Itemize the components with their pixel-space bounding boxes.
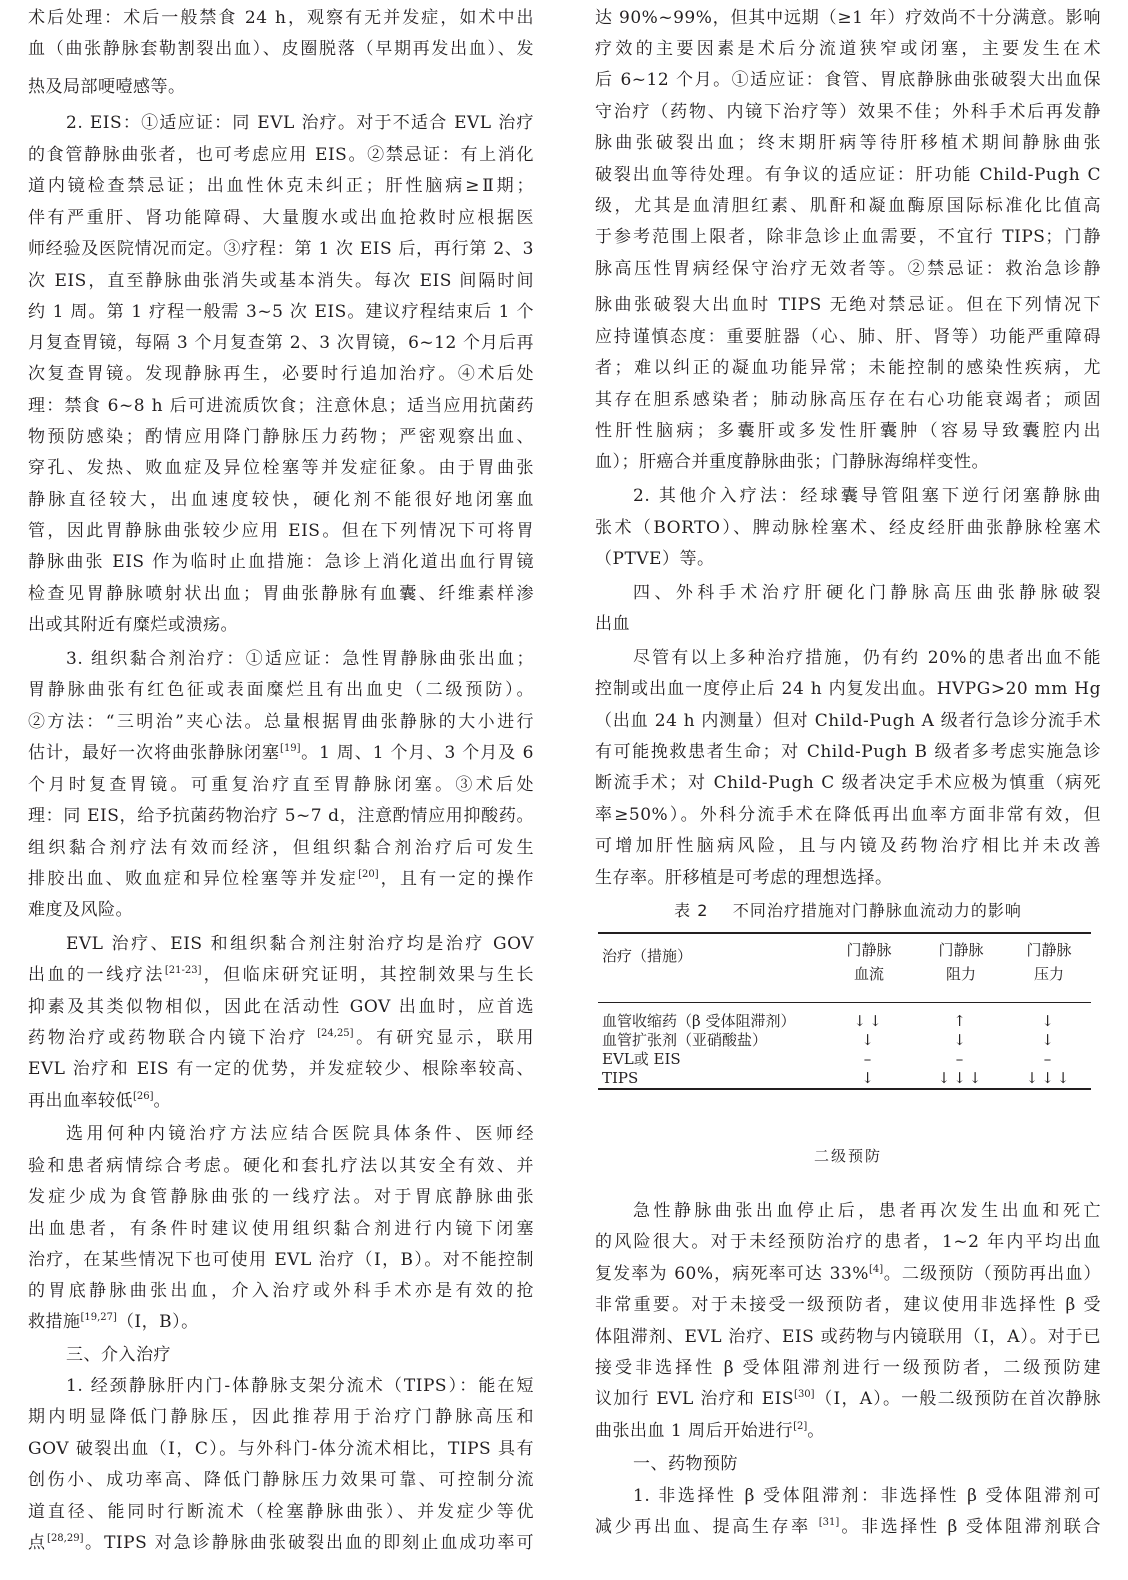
text-line: 3. 组织黏合剂治疗：①适应证：急性胃静脉曲张出血；: [28, 644, 534, 675]
text-line: 术后处理：术后一般禁食 24 h，观察有无并发症，如术中出: [28, 3, 534, 34]
text-line: 可增加肝性脑病风险，且与内镜及药物治疗相比并未改善: [595, 831, 1101, 862]
text-line: 再出血率较低[26]。: [28, 1086, 534, 1117]
text-line: 减少再出血、提高生存率 [31]。非选择性 β 受体阻滞剂联合: [595, 1512, 1101, 1543]
text-line: 急性静脉曲张出血停止后，患者再次发生出血和死亡: [595, 1196, 1101, 1227]
citation-ref[interactable]: [4]: [869, 1264, 883, 1275]
text-line: 道内镜检查禁忌证；出血性休克未纠正；肝性脑病≥Ⅱ期；: [28, 171, 534, 202]
text-line: GOV 破裂出血（Ⅰ，C）。与外科门-体分流术相比，TIPS 具有: [28, 1434, 534, 1465]
text-line: 估计，最好一次将曲张静脉闭塞[19]。1 周、1 个月、3 个月及 6: [28, 738, 534, 769]
text-line: 期内明显降低门静脉压，因此推荐用于治疗门静脉高压和: [28, 1402, 534, 1433]
text-line: 创伤小、成功率高、降低门静脉压力效果可靠、可控制分流: [28, 1465, 534, 1496]
text-line: 一、药物预防: [595, 1449, 1101, 1480]
text-line: 1. 经颈静脉肝内门-体静脉支架分流术（TIPS）：能在短: [28, 1371, 534, 1402]
text-line: 复发率为 60%，病死率可达 33%[4]。二级预防（预防再出血）: [595, 1259, 1101, 1290]
text-line: 静脉曲张 EIS 作为临时止血措施：急诊上消化道出血行胃镜: [28, 547, 534, 578]
text-line: 胃静脉曲张有红色征或表面糜烂且有出血史（二级预防）。: [28, 675, 534, 706]
table-header-flow: 门静脉 血流: [824, 938, 914, 986]
citation-ref[interactable]: [30]: [794, 1389, 815, 1400]
text-line: EVL 治疗、EIS 和组织黏合剂注射治疗均是治疗 GOV: [28, 929, 534, 960]
text-line: 理：禁食 6~8 h 后可进流质饮食；注意休息；适当应用抗菌药: [28, 391, 534, 422]
text-line: 热及局部哽噎感等。: [28, 72, 534, 103]
text-line: （出血 24 h 内测量）但对 Child-Pugh A 级者行急诊分流手术: [595, 706, 1101, 737]
text-line: 脉高压性胃病经保守治疗无效者等。②禁忌证：救治急诊静: [595, 254, 1101, 285]
text-line: EVL 治疗和 EIS 有一定的优势，并发症较少、根除率较高、: [28, 1054, 534, 1085]
table-bottom-rule: [598, 1088, 1091, 1090]
text-line: 1. 非选择性 β 受体阻滞剂：非选择性 β 受体阻滞剂可: [595, 1481, 1101, 1512]
text-line: 生存率。肝移植是可考虑的理想选择。: [595, 863, 1101, 894]
text-line: 难度及风险。: [28, 895, 534, 926]
header-line: 压力: [1004, 962, 1094, 986]
table-header-resistance: 门静脉 阻力: [916, 938, 1006, 986]
text-line: 后 6~12 个月。①适应证：食管、胃底静脉曲张破裂大出血保: [595, 65, 1101, 96]
text-line: 其存在胆系感染者；肺动脉高压存在右心功能衰竭者；顽固: [595, 385, 1101, 416]
text-line: 排胶出血、败血症和异位栓塞等并发症[20]，且有一定的操作: [28, 864, 534, 895]
text-line: 救措施[19,27]（Ⅰ，B）。: [28, 1307, 534, 1338]
text-line: 议加行 EVL 治疗和 EIS[30]（Ⅰ，A）。一般二级预防在首次静脉: [595, 1384, 1101, 1415]
citation-ref[interactable]: [20]: [358, 869, 379, 880]
text-line: 选用何种内镜治疗方法应结合医院具体条件、医师经: [28, 1119, 534, 1150]
text-line: 四、外科手术治疗肝硬化门静脉高压曲张静脉破裂: [595, 578, 1101, 609]
text-line: 曲张出血 1 周后开始进行[2]。: [595, 1416, 1101, 1447]
text-line: 的食管静脉曲张者，也可考虑应用 EIS。②禁忌证：有上消化: [28, 140, 534, 171]
table-top-rule: [598, 932, 1091, 934]
text-line: 体阻滞剂、EVL 治疗、EIS 或药物与内镜联用（Ⅰ，A）。对于已: [595, 1322, 1101, 1353]
citation-ref[interactable]: [31]: [819, 1517, 840, 1528]
text-line: 出血: [595, 609, 1101, 640]
text-line: 接受非选择性 β 受体阻滞剂进行一级预防者，二级预防建: [595, 1353, 1101, 1384]
text-line: 于参考范围上限者，除非急诊止血需要，不宜行 TIPS；门静: [595, 222, 1101, 253]
table-caption: 表 2 不同治疗措施对门静脉血流动力的影响: [595, 895, 1101, 926]
text-line: 级，尤其是血清胆红素、肌酐和凝血酶原国际标准化比值高: [595, 191, 1101, 222]
text-line: 尽管有以上多种治疗措施，仍有约 20%的患者出血不能: [595, 643, 1101, 674]
text-line: 控制或出血一度停止后 24 h 内复发出血。HVPG>20 mm Hg: [595, 674, 1101, 705]
text-line: 次 EIS，直至静脉曲张消失或基本消失。每次 EIS 间隔时间: [28, 266, 534, 297]
text-line: 穿孔、发热、败血症及异位栓塞等并发症征象。由于胃曲张: [28, 453, 534, 484]
text-line: 管，因此胃静脉曲张较少应用 EIS。但在下列情况下可将胃: [28, 516, 534, 547]
citation-ref[interactable]: [21-23]: [165, 965, 202, 976]
text-line: 疗效的主要因素是术后分流道狭窄或闭塞，主要发生在术: [595, 34, 1101, 65]
header-line: 门静脉: [1004, 938, 1094, 962]
table-header-rule: [598, 1002, 1091, 1003]
text-line: 点[28,29]。TIPS 对急诊静脉曲张破裂出血的即刻止血成功率可: [28, 1528, 534, 1559]
text-line: 出血患者，有条件时建议使用组织黏合剂进行内镜下闭塞: [28, 1214, 534, 1245]
citation-ref[interactable]: [2]: [793, 1421, 807, 1432]
table-header-treatment: 治疗（措施）: [602, 944, 692, 968]
text-line: 脉曲张破裂大出血时 TIPS 无绝对禁忌证。但在下列情况下: [595, 290, 1101, 321]
text-line: 应持谨慎态度：重要脏器（心、肺、肝、肾等）功能严重障碍: [595, 322, 1101, 353]
text-line: ②方法：“三明治”夹心法。总量根据胃曲张静脉的大小进行: [28, 707, 534, 738]
table-caption-number: 2: [697, 901, 708, 920]
text-line: 性肝性脑病；多囊肝或多发性肝囊肿（容易导致囊腔内出: [595, 416, 1101, 447]
text-line: 血）；肝癌合并重度静脉曲张；门静脉海绵样变性。: [595, 447, 1101, 478]
text-line: 治疗，在某些情况下也可使用 EVL 治疗（Ⅰ，B）。对不能控制: [28, 1245, 534, 1276]
text-line: 有可能挽救患者生命；对 Child-Pugh B 级者多考虑实施急诊: [595, 737, 1101, 768]
text-line: 守治疗（药物、内镜下治疗等）效果不佳；外科手术后再发静: [595, 97, 1101, 128]
text-line: 达 90%~99%，但其中远期（≥1 年）疗效尚不十分满意。影响: [595, 3, 1101, 34]
text-line: 月复查胃镜，每隔 3 个月复查第 2、3 次胃镜，6~12 个月后再: [28, 328, 534, 359]
text-line: 破裂出血等待处理。有争议的适应证：肝功能 Child-Pugh C: [595, 160, 1101, 191]
text-line: （PTVE）等。: [595, 544, 1101, 575]
text-line: 三、介入治疗: [28, 1340, 534, 1371]
text-line: 验和患者病情综合考虑。硬化和套扎疗法以其安全有效、并: [28, 1151, 534, 1182]
text-line: 约 1 周。第 1 疗程一般需 3~5 次 EIS。建议疗程结束后 1 个: [28, 297, 534, 328]
text-line: 组织黏合剂疗法有效而经济，但组织黏合剂治疗后可发生: [28, 833, 534, 864]
text-line: 出或其附近有糜烂或溃疡。: [28, 610, 534, 641]
citation-ref[interactable]: [26]: [133, 1091, 154, 1102]
text-line: 2. EIS：①适应证：同 EVL 治疗。对于不适合 EVL 治疗: [28, 108, 534, 139]
text-line: 血（曲张静脉套勒割裂出血）、皮圈脱落（早期再发出血）、发: [28, 34, 534, 65]
text-line: 断流手术；对 Child-Pugh C 级者决定手术应极为慎重（病死: [595, 768, 1101, 799]
header-line: 门静脉: [824, 938, 914, 962]
text-line: 个月时复查胃镜。可重复治疗直至胃静脉闭塞。③术后处: [28, 770, 534, 801]
section-heading-secondary-prevention: 二级预防: [595, 1141, 1101, 1172]
table-caption-prefix: 表: [674, 901, 691, 920]
text-line: 的风险很大。对于未经预防治疗的患者，1~2 年内平均出血: [595, 1227, 1101, 1258]
text-line: 药物治疗或药物联合内镜下治疗 [24,25]。有研究显示，联用: [28, 1023, 534, 1054]
text-line: 张术（BORTO）、脾动脉栓塞术、经皮经肝曲张静脉栓塞术: [595, 513, 1101, 544]
table-header-pressure: 门静脉 压力: [1004, 938, 1094, 986]
citation-ref[interactable]: [24,25]: [317, 1028, 353, 1039]
citation-ref[interactable]: [28,29]: [47, 1533, 83, 1544]
text-line: 检查见胃静脉喷射状出血；胃曲张静脉有血囊、纤维素样渗: [28, 579, 534, 610]
text-line: 抑素及其类似物相似，因此在活动性 GOV 出血时，应首选: [28, 992, 534, 1023]
header-line: 门静脉: [916, 938, 1006, 962]
text-line: 次复查胃镜。发现静脉再生，必要时行追加治疗。④术后处: [28, 359, 534, 390]
text-line: 2. 其他介入疗法：经球囊导管阻塞下逆行闭塞静脉曲: [595, 481, 1101, 512]
text-line: 出血的一线疗法[21-23]，但临床研究证明，其控制效果与生长: [28, 960, 534, 991]
citation-ref[interactable]: [19,27]: [81, 1312, 117, 1323]
text-line: 道直径、能同时行断流术（栓塞静脉曲张）、并发症少等优: [28, 1497, 534, 1528]
text-line: 师经验及医院情况而定。③疗程：第 1 次 EIS 后，再行第 2、3: [28, 234, 534, 265]
text-line: 非常重要。对于未接受一级预防者，建议使用非选择性 β 受: [595, 1290, 1101, 1321]
text-line: 的胃底静脉曲张出血，介入治疗或外科手术亦是有效的抢: [28, 1276, 534, 1307]
table-caption-title: 不同治疗措施对门静脉血流动力的影响: [733, 901, 1022, 920]
text-line: 脉曲张破裂出血；终末期肝病等待肝移植术期间静脉曲张: [595, 128, 1101, 159]
text-line: 率≥50%）。外科分流手术在降低再出血率方面非常有效，但: [595, 800, 1101, 831]
text-line: 发症少成为食管静脉曲张的一线疗法。对于胃底静脉曲张: [28, 1182, 534, 1213]
text-line: 物预防感染；酌情应用降门静脉压力药物；严密观察出血、: [28, 422, 534, 453]
header-line: 血流: [824, 962, 914, 986]
text-line: 静脉直径较大，出血速度较快，硬化剂不能很好地闭塞血: [28, 485, 534, 516]
header-line: 阻力: [916, 962, 1006, 986]
text-line: 者；难以纠正的凝血功能异常；未能控制的感染性疾病，尤: [595, 353, 1101, 384]
text-line: 伴有严重肝、肾功能障碍、大量腹水或出血抢救时应根据医: [28, 203, 534, 234]
citation-ref[interactable]: [19]: [280, 743, 301, 754]
text-line: 理：同 EIS，给予抗菌药物治疗 5~7 d，注意酌情应用抑酸药。: [28, 801, 534, 832]
